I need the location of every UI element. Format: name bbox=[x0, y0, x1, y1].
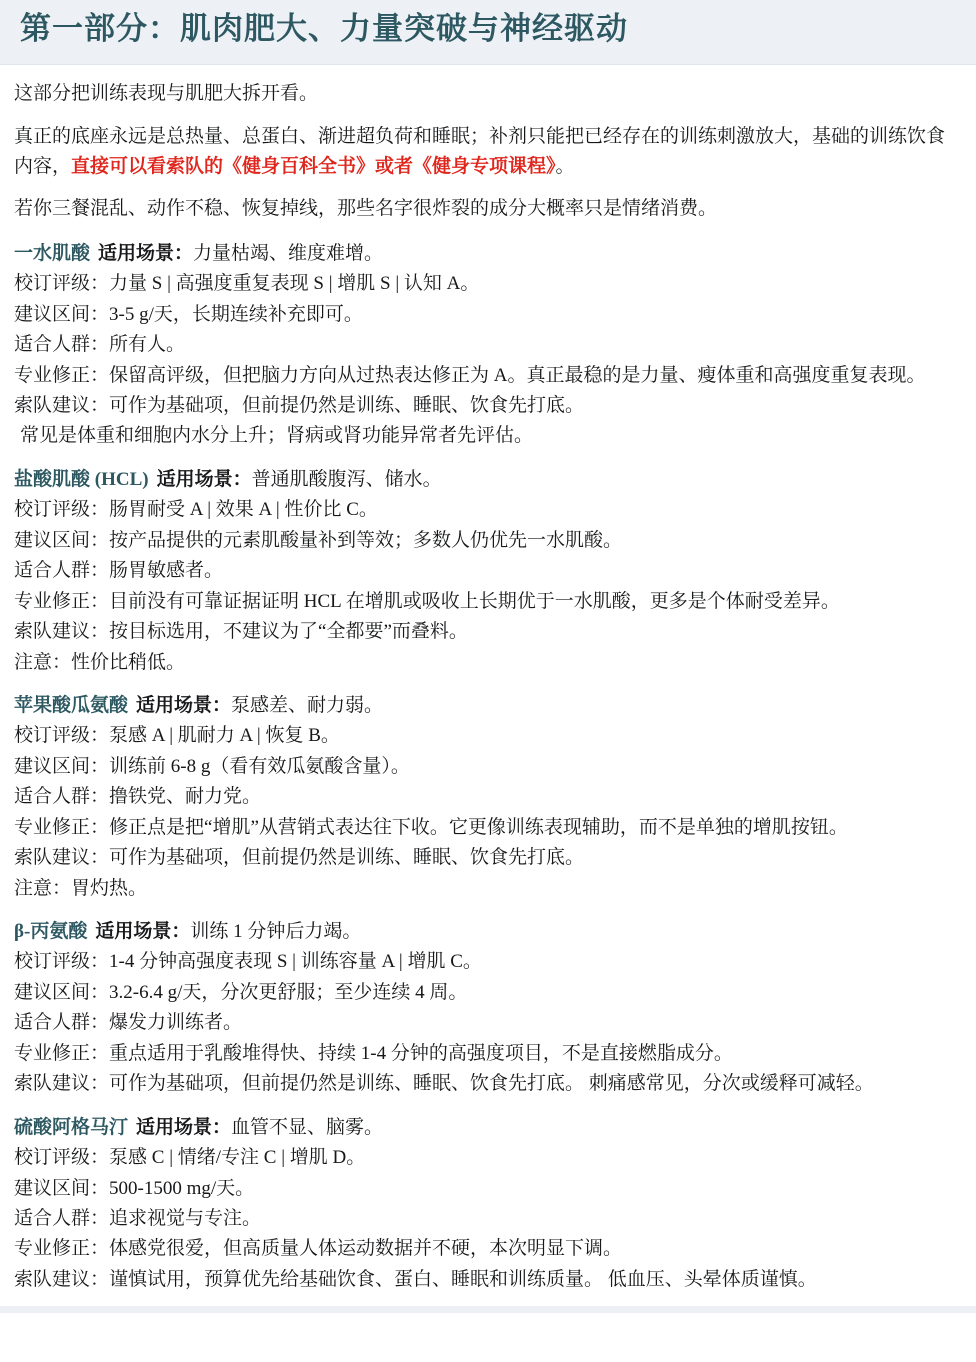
row-label: 注意： bbox=[14, 652, 71, 673]
intro-paragraph-2-suffix: 。 bbox=[556, 156, 575, 177]
row-text: 肠胃敏感者。 bbox=[109, 560, 223, 581]
row-label: 建议区间： bbox=[14, 530, 109, 551]
red-highlight-book-reference: 直接可以看索队的《健身百科全书》或者《健身专项课程》 bbox=[71, 156, 556, 177]
row-text: 泵感 C | 情绪/专注 C | 增肌 D。 bbox=[109, 1147, 365, 1168]
usage-scenario-text: 血管不显、脑雾。 bbox=[231, 1117, 383, 1138]
row-label: 建议区间： bbox=[14, 1178, 109, 1199]
row-label: 注意： bbox=[14, 878, 71, 899]
row-label: 建议区间： bbox=[14, 304, 109, 325]
detail-row: 专业修正：重点适用于乳酸堆得快、持续 1-4 分钟的高强度项目，不是直接燃脂成分… bbox=[14, 1039, 954, 1068]
row-text: 泵感 A | 肌耐力 A | 恢复 B。 bbox=[109, 725, 340, 746]
detail-row: 索队建议：按目标选用，不建议为了“全都要”而叠料。 bbox=[14, 617, 954, 646]
row-label: 索队建议： bbox=[14, 1073, 109, 1094]
row-text: 常见是体重和细胞内水分上升；肾病或肾功能异常者先评估。 bbox=[20, 425, 533, 446]
detail-row: 专业修正：目前没有可靠证据证明 HCL 在增肌或吸收上长期优于一水肌酸，更多是个… bbox=[14, 587, 954, 616]
detail-row: 适合人群：所有人。 bbox=[14, 330, 954, 359]
detail-row: 注意：胃灼热。 bbox=[14, 874, 954, 903]
detail-row: 校订评级：肠胃耐受 A | 效果 A | 性价比 C。 bbox=[14, 495, 954, 524]
row-text: 力量 S | 高强度重复表现 S | 增肌 S | 认知 A。 bbox=[109, 273, 479, 294]
row-label: 校订评级： bbox=[14, 273, 109, 294]
usage-scenario-text: 普通肌酸腹泻、储水。 bbox=[252, 469, 442, 490]
row-label: 专业修正： bbox=[14, 817, 109, 838]
detail-row: 校订评级：1-4 分钟高强度表现 S | 训练容量 A | 增肌 C。 bbox=[14, 947, 954, 976]
detail-row: 索队建议：谨慎试用，预算优先给基础饮食、蛋白、睡眠和训练质量。 低血压、头晕体质… bbox=[14, 1265, 954, 1294]
intro-paragraph-3: 若你三餐混乱、动作不稳、恢复掉线，那些名字很炸裂的成分大概率只是情绪消费。 bbox=[14, 194, 954, 224]
detail-row: 建议区间：3-5 g/天，长期连续补充即可。 bbox=[14, 300, 954, 329]
row-text: 可作为基础项，但前提仍然是训练、睡眠、饮食先打底。 bbox=[109, 847, 584, 868]
row-label: 索队建议： bbox=[14, 621, 109, 642]
row-text: 性价比稍低。 bbox=[71, 652, 185, 673]
detail-row: 建议区间：按产品提供的元素肌酸量补到等效；多数人仍优先一水肌酸。 bbox=[14, 526, 954, 555]
row-label: 专业修正： bbox=[14, 591, 109, 612]
row-text: 3-5 g/天，长期连续补充即可。 bbox=[109, 304, 363, 325]
supplement-name: β-丙氨酸 bbox=[14, 921, 87, 942]
detail-row: 专业修正：体感党很爱，但高质量人体运动数据并不硬，本次明显下调。 bbox=[14, 1234, 954, 1263]
row-label: 校订评级： bbox=[14, 951, 109, 972]
detail-row: 校订评级：泵感 A | 肌耐力 A | 恢复 B。 bbox=[14, 721, 954, 750]
row-text: 目前没有可靠证据证明 HCL 在增肌或吸收上长期优于一水肌酸，更多是个体耐受差异… bbox=[109, 591, 840, 612]
row-label: 适合人群： bbox=[14, 1208, 109, 1229]
detail-row: 建议区间：3.2-6.4 g/天，分次更舒服；至少连续 4 周。 bbox=[14, 978, 954, 1007]
row-text: 重点适用于乳酸堆得快、持续 1-4 分钟的高强度项目，不是直接燃脂成分。 bbox=[109, 1043, 733, 1064]
detail-row: 注意：性价比稍低。 bbox=[14, 648, 954, 677]
row-label: 校订评级： bbox=[14, 725, 109, 746]
row-label: 索队建议： bbox=[14, 395, 109, 416]
usage-scenario-text: 泵感差、耐力弱。 bbox=[231, 695, 383, 716]
detail-row: 常见是体重和细胞内水分上升；肾病或肾功能异常者先评估。 bbox=[14, 421, 954, 450]
usage-scenario-label: 适用场景： bbox=[136, 1117, 231, 1138]
row-text: 胃灼热。 bbox=[71, 878, 147, 899]
intro-paragraph-2: 真正的底座永远是总热量、总蛋白、渐进超负荷和睡眠；补剂只能把已经存在的训练刺激放… bbox=[14, 122, 954, 183]
row-text: 谨慎试用，预算优先给基础饮食、蛋白、睡眠和训练质量。 低血压、头晕体质谨慎。 bbox=[109, 1269, 817, 1290]
row-label: 建议区间： bbox=[14, 982, 109, 1003]
row-text: 500-1500 mg/天。 bbox=[109, 1178, 254, 1199]
supplement-sections: 一水肌酸适用场景：力量枯竭、维度难增。校订评级：力量 S | 高强度重复表现 S… bbox=[14, 239, 954, 1294]
supplement-heading-row: 一水肌酸适用场景：力量枯竭、维度难增。 bbox=[14, 239, 954, 268]
supplement-name: 盐酸肌酸 (HCL) bbox=[14, 469, 149, 490]
detail-row: 适合人群：追求视觉与专注。 bbox=[14, 1204, 954, 1233]
supplement-heading-row: 苹果酸瓜氨酸适用场景：泵感差、耐力弱。 bbox=[14, 691, 954, 720]
supplement-heading-row: β-丙氨酸适用场景：训练 1 分钟后力竭。 bbox=[14, 917, 954, 946]
usage-scenario-text: 力量枯竭、维度难增。 bbox=[193, 243, 383, 264]
row-text: 所有人。 bbox=[109, 334, 185, 355]
row-label: 适合人群： bbox=[14, 560, 109, 581]
row-text: 训练前 6-8 g（看有效瓜氨酸含量）。 bbox=[109, 756, 410, 777]
row-text: 按目标选用，不建议为了“全都要”而叠料。 bbox=[109, 621, 468, 642]
row-text: 1-4 分钟高强度表现 S | 训练容量 A | 增肌 C。 bbox=[109, 951, 482, 972]
detail-row: 建议区间：训练前 6-8 g（看有效瓜氨酸含量）。 bbox=[14, 752, 954, 781]
detail-row: 建议区间：500-1500 mg/天。 bbox=[14, 1174, 954, 1203]
row-label: 索队建议： bbox=[14, 847, 109, 868]
next-section-band bbox=[0, 1306, 976, 1313]
detail-row: 适合人群：撸铁党、耐力党。 bbox=[14, 782, 954, 811]
row-label: 建议区间： bbox=[14, 756, 109, 777]
detail-row: 适合人群：爆发力训练者。 bbox=[14, 1008, 954, 1037]
row-label: 校订评级： bbox=[14, 1147, 109, 1168]
usage-scenario-label: 适用场景： bbox=[136, 695, 231, 716]
detail-row: 索队建议：可作为基础项，但前提仍然是训练、睡眠、饮食先打底。 刺痛感常见，分次或… bbox=[14, 1069, 954, 1098]
usage-scenario-text: 训练 1 分钟后力竭。 bbox=[190, 921, 361, 942]
detail-row: 索队建议：可作为基础项，但前提仍然是训练、睡眠、饮食先打底。 bbox=[14, 843, 954, 872]
row-text: 追求视觉与专注。 bbox=[109, 1208, 261, 1229]
document-page: 第一部分：肌肉肥大、力量突破与神经驱动 这部分把训练表现与肌肥大拆开看。 真正的… bbox=[0, 0, 976, 1313]
row-label: 适合人群： bbox=[14, 1012, 109, 1033]
detail-row: 校订评级：力量 S | 高强度重复表现 S | 增肌 S | 认知 A。 bbox=[14, 269, 954, 298]
usage-scenario-label: 适用场景： bbox=[98, 243, 193, 264]
detail-row: 专业修正：保留高评级，但把脑力方向从过热表达修正为 A。真正最稳的是力量、瘦体重… bbox=[14, 361, 954, 390]
supplement-name: 硫酸阿格马汀 bbox=[14, 1117, 128, 1138]
row-label: 专业修正： bbox=[14, 1238, 109, 1259]
row-label: 校订评级： bbox=[14, 499, 109, 520]
supplement-name: 苹果酸瓜氨酸 bbox=[14, 695, 128, 716]
row-label: 适合人群： bbox=[14, 786, 109, 807]
detail-row: 索队建议：可作为基础项，但前提仍然是训练、睡眠、饮食先打底。 bbox=[14, 391, 954, 420]
supplement-heading-row: 盐酸肌酸 (HCL)适用场景：普通肌酸腹泻、储水。 bbox=[14, 465, 954, 494]
row-label: 适合人群： bbox=[14, 334, 109, 355]
detail-row: 适合人群：肠胃敏感者。 bbox=[14, 556, 954, 585]
row-label: 专业修正： bbox=[14, 365, 109, 386]
row-text: 保留高评级，但把脑力方向从过热表达修正为 A。真正最稳的是力量、瘦体重和高强度重… bbox=[109, 365, 925, 386]
intro-paragraph-1: 这部分把训练表现与肌肥大拆开看。 bbox=[14, 79, 954, 109]
usage-scenario-label: 适用场景： bbox=[95, 921, 190, 942]
row-text: 3.2-6.4 g/天，分次更舒服；至少连续 4 周。 bbox=[109, 982, 467, 1003]
row-text: 可作为基础项，但前提仍然是训练、睡眠、饮食先打底。 刺痛感常见，分次或缓释可减轻… bbox=[109, 1073, 874, 1094]
supplement-heading-row: 硫酸阿格马汀适用场景：血管不显、脑雾。 bbox=[14, 1113, 954, 1142]
row-label: 专业修正： bbox=[14, 1043, 109, 1064]
supplement-name: 一水肌酸 bbox=[14, 243, 90, 264]
row-text: 可作为基础项，但前提仍然是训练、睡眠、饮食先打底。 bbox=[109, 395, 584, 416]
row-label: 索队建议： bbox=[14, 1269, 109, 1290]
row-text: 按产品提供的元素肌酸量补到等效；多数人仍优先一水肌酸。 bbox=[109, 530, 622, 551]
row-text: 修正点是把“增肌”从营销式表达往下收。它更像训练表现辅助，而不是单独的增肌按钮。 bbox=[109, 817, 848, 838]
document-body: 这部分把训练表现与肌肥大拆开看。 真正的底座永远是总热量、总蛋白、渐进超负荷和睡… bbox=[0, 65, 976, 1294]
part-header-band: 第一部分：肌肉肥大、力量突破与神经驱动 bbox=[0, 0, 976, 65]
row-text: 体感党很爱，但高质量人体运动数据并不硬，本次明显下调。 bbox=[109, 1238, 622, 1259]
page-title: 第一部分：肌肉肥大、力量突破与神经驱动 bbox=[20, 9, 956, 49]
usage-scenario-label: 适用场景： bbox=[157, 469, 252, 490]
row-text: 肠胃耐受 A | 效果 A | 性价比 C。 bbox=[109, 499, 378, 520]
row-text: 爆发力训练者。 bbox=[109, 1012, 242, 1033]
row-text: 撸铁党、耐力党。 bbox=[109, 786, 261, 807]
detail-row: 专业修正：修正点是把“增肌”从营销式表达往下收。它更像训练表现辅助，而不是单独的… bbox=[14, 813, 954, 842]
detail-row: 校订评级：泵感 C | 情绪/专注 C | 增肌 D。 bbox=[14, 1143, 954, 1172]
